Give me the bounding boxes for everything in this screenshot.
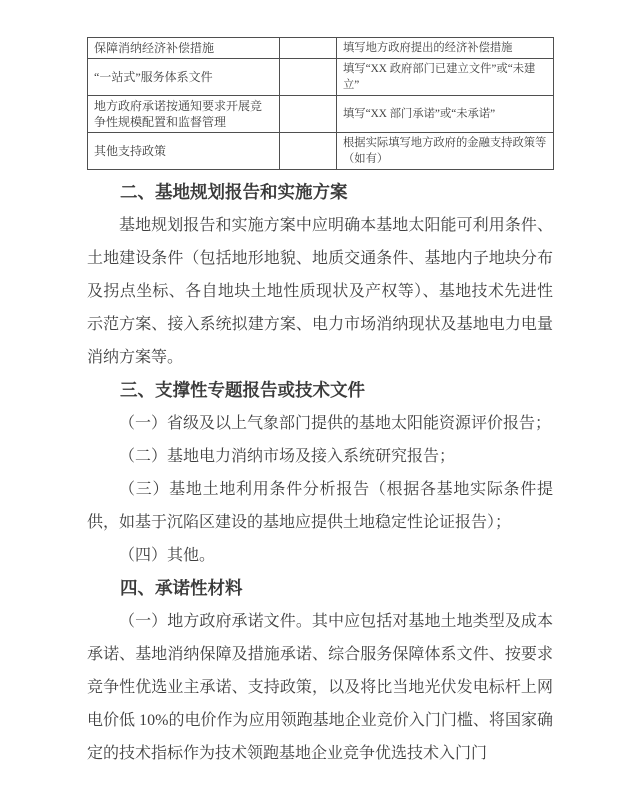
section-heading-3: 三、支撑性专题报告或技术文件 <box>87 374 553 407</box>
document-page: 保障消纳经济补偿措施 填写地方政府提出的经济补偿措施 “一站式”服务体系文件 填… <box>0 0 640 793</box>
note-cell: 填写“XX 政府部门已建立文件”或“未建立” <box>337 59 554 96</box>
application-requirements-table: 保障消纳经济补偿措施 填写地方政府提出的经济补偿措施 “一站式”服务体系文件 填… <box>87 37 554 170</box>
section-3-item-3: （三）基地土地利用条件分析报告（根据各基地实际条件提供，如基于沉陷区建设的基地应… <box>87 473 553 539</box>
note-cell: 根据实际填写地方政府的金融支持政策等（如有） <box>337 133 554 170</box>
table-row: “一站式”服务体系文件 填写“XX 政府部门已建立文件”或“未建立” <box>88 59 554 96</box>
document-content: 保障消纳经济补偿措施 填写地方政府提出的经济补偿措施 “一站式”服务体系文件 填… <box>87 37 553 770</box>
section-3-item-4: （四）其他。 <box>87 539 553 572</box>
item-cell: “一站式”服务体系文件 <box>88 59 280 96</box>
section-3-item-2: （二）基地电力消纳市场及接入系统研究报告； <box>87 440 553 473</box>
item-cell: 地方政府承诺按通知要求开展竞争性规模配置和监督管理 <box>88 96 280 133</box>
table-row: 地方政府承诺按通知要求开展竞争性规模配置和监督管理 填写“XX 部门承诺”或“未… <box>88 96 554 133</box>
table-row: 保障消纳经济补偿措施 填写地方政府提出的经济补偿措施 <box>88 38 554 59</box>
item-cell: 其他支持政策 <box>88 133 280 170</box>
section-3-item-1: （一）省级及以上气象部门提供的基地太阳能资源评价报告； <box>87 407 553 440</box>
section-2-paragraph: 基地规划报告和实施方案中应明确本基地太阳能可利用条件、土地建设条件（包括地形地貌… <box>87 209 553 374</box>
fill-in-cell <box>280 59 337 96</box>
note-cell: 填写地方政府提出的经济补偿措施 <box>337 38 554 59</box>
note-cell: 填写“XX 部门承诺”或“未承诺” <box>337 96 554 133</box>
fill-in-cell <box>280 133 337 170</box>
section-4-paragraph: （一）地方政府承诺文件。其中应包括对基地土地类型及成本承诺、基地消纳保障及措施承… <box>87 605 553 770</box>
section-heading-4: 四、承诺性材料 <box>87 572 553 605</box>
fill-in-cell <box>280 38 337 59</box>
section-heading-2: 二、基地规划报告和实施方案 <box>87 176 553 209</box>
table-row: 其他支持政策 根据实际填写地方政府的金融支持政策等（如有） <box>88 133 554 170</box>
item-cell: 保障消纳经济补偿措施 <box>88 38 280 59</box>
fill-in-cell <box>280 96 337 133</box>
